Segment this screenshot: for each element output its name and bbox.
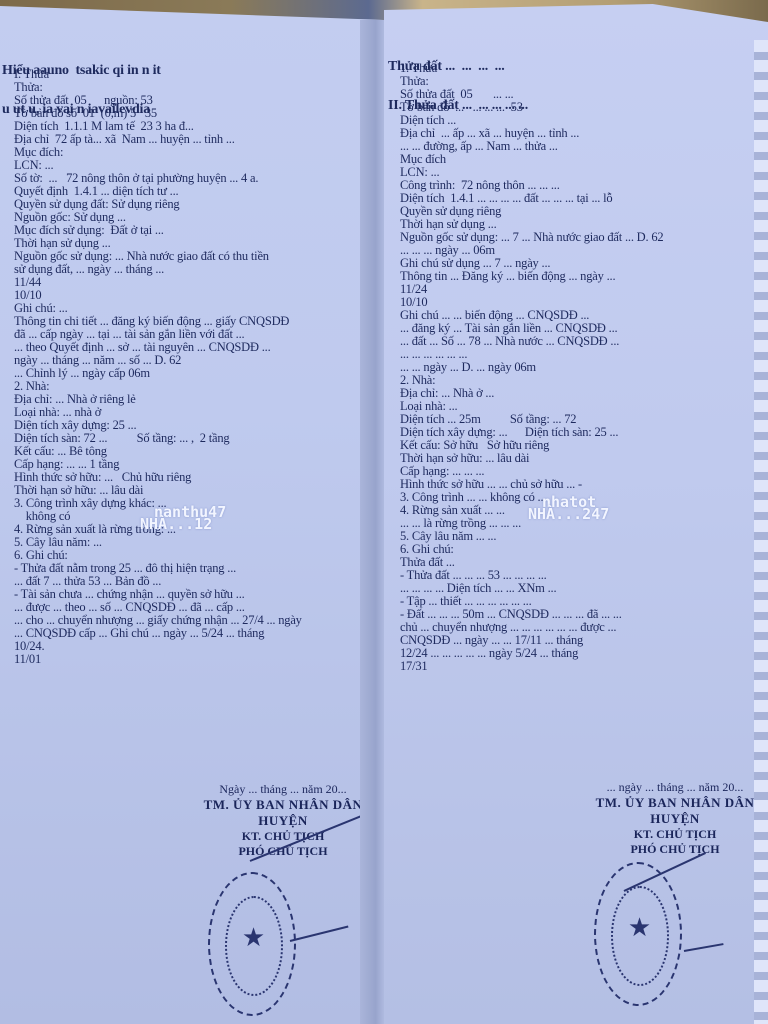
watermark: nanthu47 NHÀ...12 [140,505,226,530]
book-gutter [360,20,386,1024]
signature-org: TM. ỦY BAN NHÂN DÂN HUYỆN [188,797,378,829]
text-line: 11/44 [14,276,302,289]
official-seal-icon: ★ [208,872,296,1016]
signature-date: ... ngày ... tháng ... năm 20... [580,780,768,795]
left-page: Hiểu aauno tsakic qi in n it u ut u, ia … [0,0,384,1024]
signature-stroke-icon [684,943,724,952]
text-line: 11/24 [400,283,663,296]
signature-stroke-icon [290,926,349,942]
signature-role: KT. CHỦ TỊCH [188,829,378,844]
watermark: nhatot NHÀ...247 [528,495,609,520]
signature-org: TM. ỦY BAN NHÂN DÂN HUYỆN [580,795,768,827]
left-page-body: I. ThửaThửa:Số thửa đất 05 nguồn: 53Tờ b… [14,68,302,666]
text-line: ... ... ngày ... D. ... ngày 06m [400,361,663,374]
text-line: ... Chỉnh lý ... ngày cấp 06m [14,367,302,380]
text-line: ... CNQSDĐ cấp ... Ghi chú ... ngày ... … [14,627,302,640]
signature-date: Ngày ... tháng ... năm 20... [188,782,378,797]
text-line: 12/24 ... ... ... ... ... ngày 5/24 ... … [400,647,663,660]
text-line: 1. Thửa [400,62,663,75]
right-signature-block: ... ngày ... tháng ... năm 20... TM. ỦY … [580,780,768,857]
text-line: Mục đích: [14,146,302,159]
signature-title: PHÓ CHỦ TỊCH [580,842,768,857]
text-line: 17/31 [400,660,663,673]
text-line: 11/01 [14,653,302,666]
text-line: sử dụng đất, ... ngày ... tháng ... [14,263,302,276]
binding-edge [754,40,768,1024]
right-page: Thửa đất ... ... ... ... II. Thửa đất ..… [384,0,768,1024]
text-line: Thông tin ... Đăng ký ... biến động ... … [400,270,663,283]
right-page-body: 1. ThửaThửa:Số thửa đất 05 ... ... Tờ bả… [400,62,663,673]
text-line: 10/24. [14,640,302,653]
text-line: Mục đích [400,153,663,166]
text-line: I. Thửa [14,68,302,81]
signature-role: KT. CHỦ TỊCH [580,827,768,842]
watermark-line: NHÀ...247 [528,507,609,520]
